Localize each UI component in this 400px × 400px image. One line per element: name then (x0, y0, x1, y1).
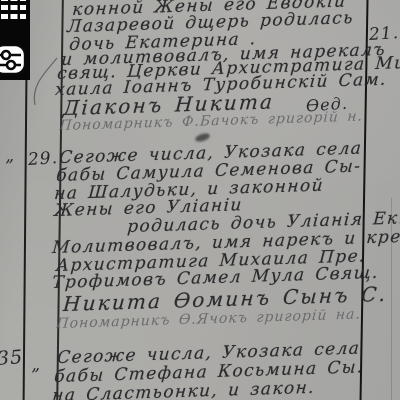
app-sidebar (0, 0, 30, 80)
sliders-icon[interactable] (0, 43, 28, 77)
ink-smudge (194, 132, 210, 143)
ditto-mark: „ (4, 146, 15, 167)
record-number-29: 29. (27, 148, 58, 170)
column-rule-left-inner (23, 76, 27, 400)
document-scan-viewer: конной Жены его Евдокіи Лазаревой дщерь … (0, 0, 400, 400)
record-number-35: 35 (0, 346, 24, 370)
record-number-right: 21. (368, 23, 399, 45)
grid-icon[interactable] (0, 0, 30, 24)
ditto-mark: „ (30, 355, 41, 376)
